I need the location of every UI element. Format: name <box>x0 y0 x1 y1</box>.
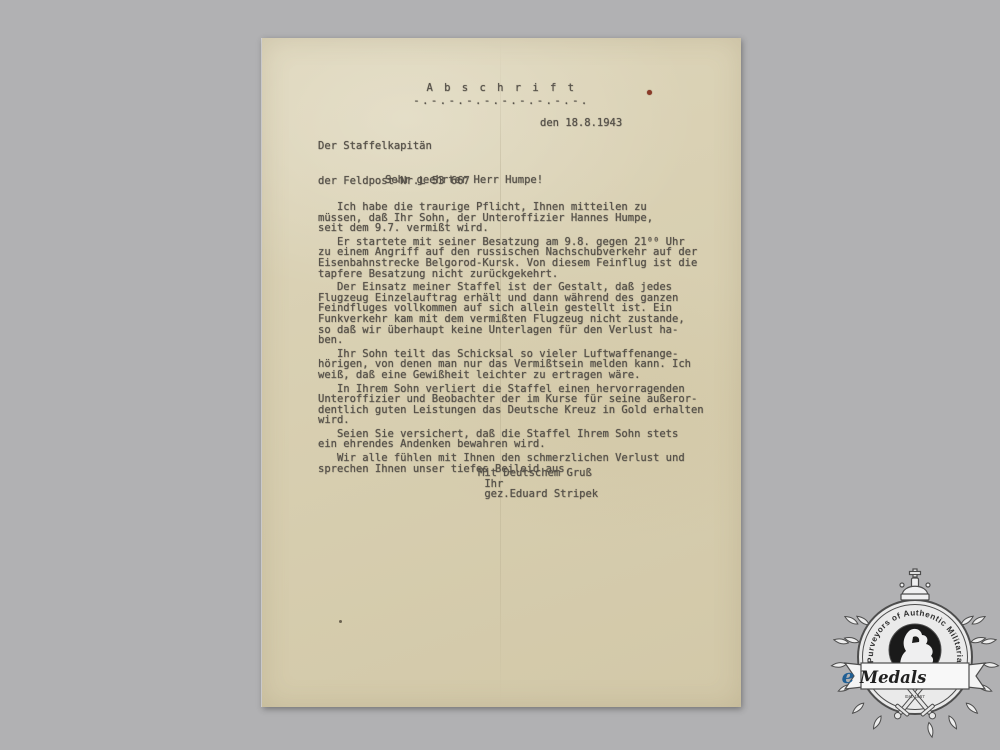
photo-canvas: A b s c h r i f t -.-.-.-.-.-.-.-.-.-. D… <box>0 0 1000 750</box>
date-line: den 18.8.1943 <box>540 118 622 129</box>
paragraph: In Ihrem Sohn verliert die Staffel einen… <box>318 384 704 426</box>
paragraph: Ich habe die traurige Pflicht, Ihnen mit… <box>318 202 704 234</box>
document-heading: A b s c h r i f t <box>262 82 741 95</box>
sender-block: Der Staffelkapitän der Feldpost-Nr.L 53 … <box>318 118 470 211</box>
paragraph: Seien Sie versichert, daß die Staffel Ih… <box>318 429 704 450</box>
document-heading-block: A b s c h r i f t -.-.-.-.-.-.-.-.-.-. <box>262 82 741 108</box>
established-text: Est. 1967 <box>905 694 925 699</box>
emedals-logo: Purveyors of Authentic Militaria <box>825 565 1000 750</box>
letter-body: Ich habe die traurige Pflicht, Ihnen mit… <box>318 202 704 477</box>
brand-letter-e: e <box>842 664 855 688</box>
brand-name-rest: Medals <box>859 668 927 687</box>
crown-icon <box>900 569 930 600</box>
svg-text:e Medals: e Medals <box>842 664 927 688</box>
paragraph: Er startete mit seiner Besatzung am 9.8.… <box>318 237 704 279</box>
heading-underline: -.-.-.-.-.-.-.-.-.-. <box>262 95 741 108</box>
paper-speck <box>339 620 342 623</box>
sender-line-1: Der Staffelkapitän <box>318 141 470 153</box>
paragraph: Ihr Sohn teilt das Schicksal so vieler L… <box>318 349 704 381</box>
salutation: Sehr geehrter Herr Humpe! <box>385 175 543 186</box>
paragraph: Der Einsatz meiner Staffel ist der Gesta… <box>318 282 704 346</box>
signature-block: Mit Deutschem Gruß Ihr gez.Eduard Stripe… <box>478 468 598 500</box>
brand-banner: e Medals <box>842 663 985 689</box>
letter-document: A b s c h r i f t -.-.-.-.-.-.-.-.-.-. D… <box>262 38 741 707</box>
